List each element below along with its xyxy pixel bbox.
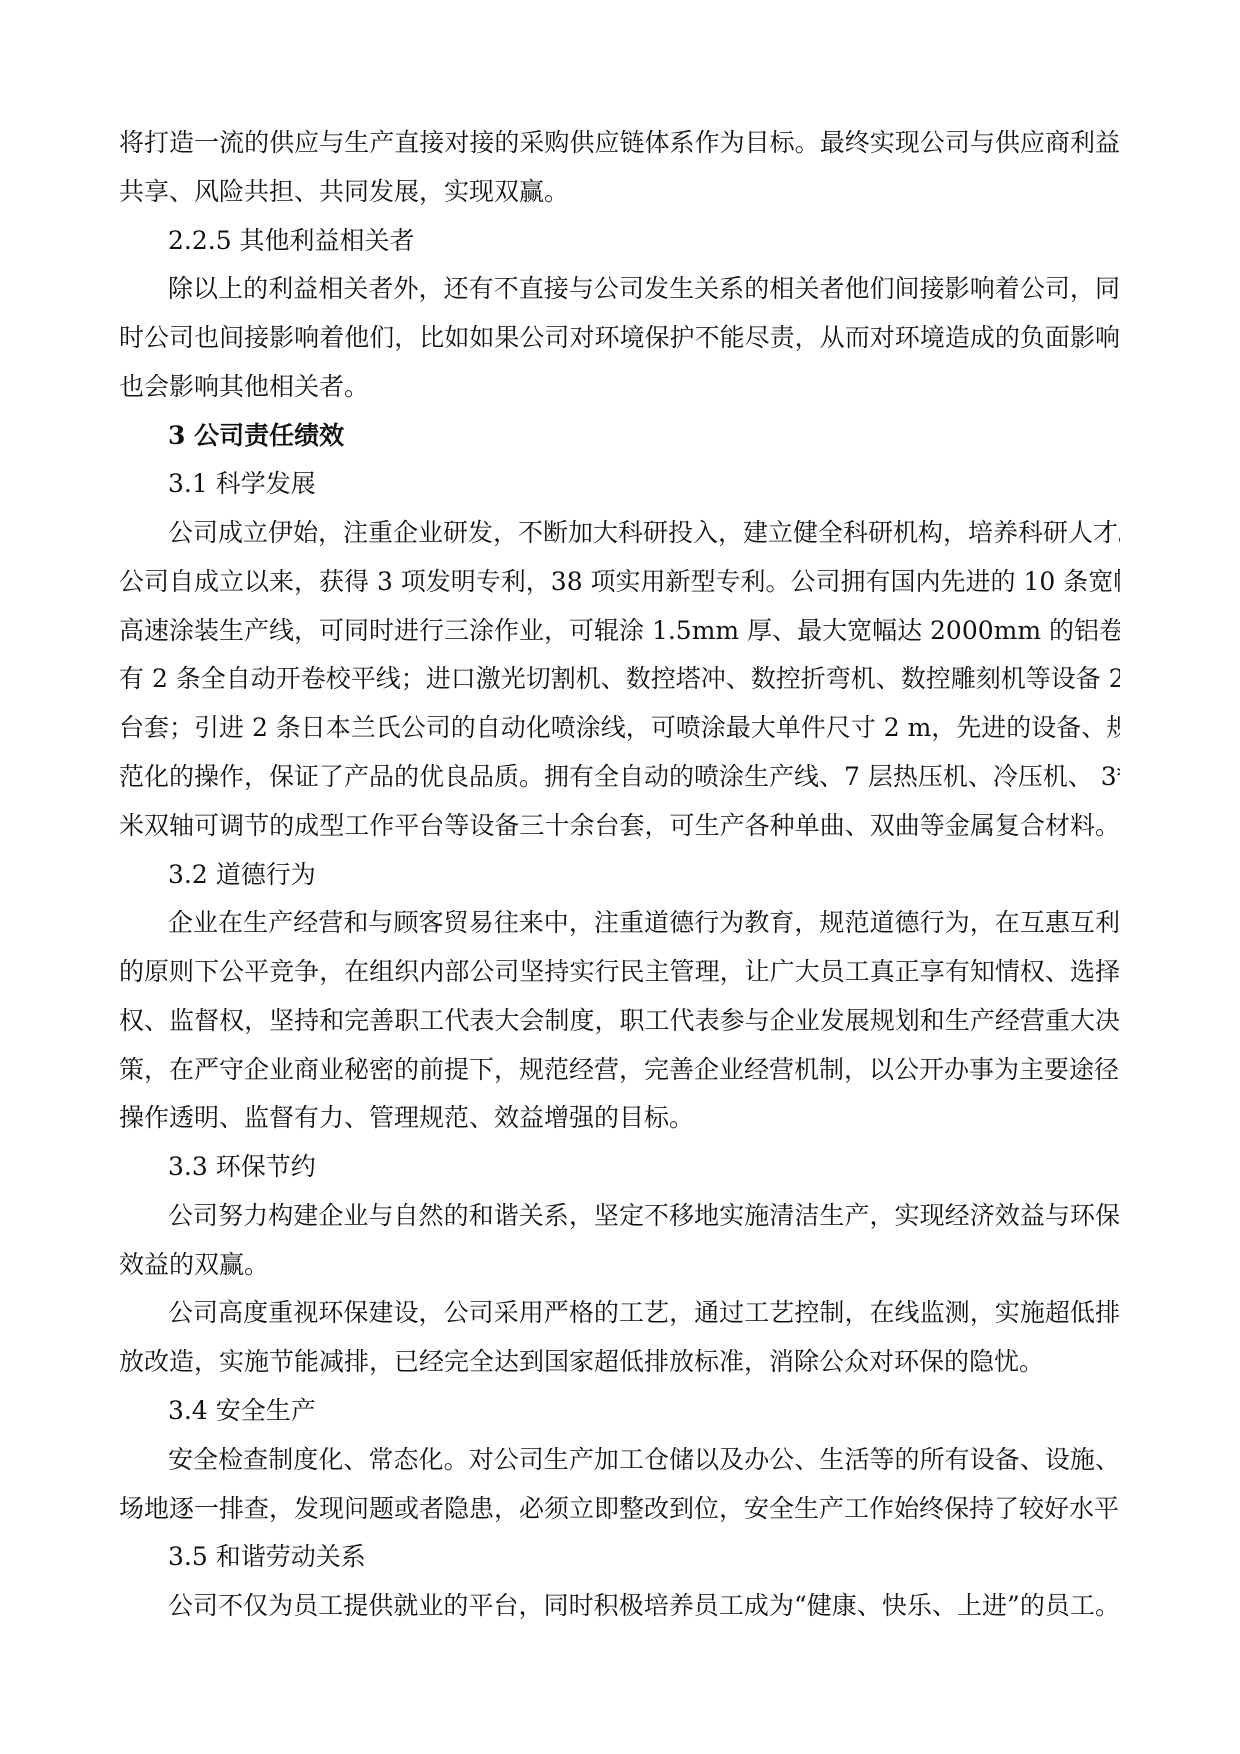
section-heading: 3 公司责任绩效	[119, 419, 1120, 453]
paragraph-line: 放改造，实施节能减排，已经完全达到国家超低排放标准，消除公众对环保的隐忧。	[119, 1345, 1120, 1379]
paragraph-line: 操作透明、监督有力、管理规范、效益增强的目标。	[119, 1101, 1120, 1135]
paragraph-line: 公司努力构建企业与自然的和谐关系，坚定不移地实施清洁生产，实现经济效益与环保	[119, 1199, 1120, 1233]
paragraph-line: 也会影响其他相关者。	[119, 370, 1120, 404]
paragraph-line: 公司成立伊始，注重企业研发，不断加大科研投入，建立健全科研机构，培养科研人才。	[119, 516, 1120, 550]
paragraph-line: 公司不仅为员工提供就业的平台，同时积极培养员工成为“健康、快乐、上进”的员工。	[119, 1589, 1120, 1623]
subsection-heading: 3.3 环保节约	[119, 1150, 1120, 1184]
subsection-heading: 3.2 道德行为	[119, 858, 1120, 892]
subsection-heading: 3.1 科学发展	[119, 467, 1120, 501]
paragraph-line: 场地逐一排查，发现问题或者隐患，必须立即整改到位，安全生产工作始终保持了较好水平…	[119, 1492, 1120, 1526]
paragraph-line: 除以上的利益相关者外，还有不直接与公司发生关系的相关者他们间接影响着公司，同	[119, 272, 1120, 306]
document-page: 将打造一流的供应与生产直接对接的采购供应链体系作为目标。最终实现公司与供应商利益…	[0, 0, 1240, 1754]
paragraph-line: 的原则下公平竞争，在组织内部公司坚持实行民主管理，让广大员工真正享有知情权、选择	[119, 955, 1120, 989]
paragraph-line: 高速涂装生产线，可同时进行三涂作业，可辊涂 1.5mm 厚、最大宽幅达 2000…	[119, 614, 1120, 648]
paragraph-line: 效益的双赢。	[119, 1248, 1120, 1282]
paragraph-line: 共享、风险共担、共同发展，实现双赢。	[119, 175, 1120, 209]
paragraph-line: 公司高度重视环保建设，公司采用严格的工艺，通过工艺控制，在线监测，实施超低排	[119, 1296, 1120, 1330]
paragraph-line: 有 2 条全自动开卷校平线；进口激光切割机、数控塔冲、数控折弯机、数控雕刻机等设…	[119, 662, 1120, 696]
paragraph-line: 策，在严守企业商业秘密的前提下，规范经营，完善企业经营机制，以公开办事为主要途径…	[119, 1053, 1120, 1087]
subsection-heading: 3.4 安全生产	[119, 1394, 1120, 1428]
subsection-heading: 2.2.5 其他利益相关者	[119, 224, 1120, 258]
paragraph-line: 将打造一流的供应与生产直接对接的采购供应链体系作为目标。最终实现公司与供应商利益	[119, 126, 1120, 160]
subsection-heading: 3.5 和谐劳动关系	[119, 1540, 1120, 1574]
paragraph-line: 范化的操作，保证了产品的优良品质。拥有全自动的喷涂生产线、7 层热压机、冷压机、…	[119, 760, 1120, 794]
paragraph-line: 公司自成立以来，获得 3 项发明专利，38 项实用新型专利。公司拥有国内先进的 …	[119, 565, 1120, 599]
paragraph-line: 权、监督权，坚持和完善职工代表大会制度，职工代表参与企业发展规划和生产经营重大决	[119, 1004, 1120, 1038]
paragraph-line: 企业在生产经营和与顾客贸易往来中，注重道德行为教育，规范道德行为，在互惠互利	[119, 906, 1120, 940]
paragraph-line: 米双轴可调节的成型工作平台等设备三十余台套，可生产各种单曲、双曲等金属复合材料。	[119, 809, 1120, 843]
paragraph-line: 台套；引进 2 条日本兰氏公司的自动化喷涂线，可喷涂最大单件尺寸 2 m，先进的…	[119, 711, 1120, 745]
paragraph-line: 安全检查制度化、常态化。对公司生产加工仓储以及办公、生活等的所有设备、设施、	[119, 1443, 1120, 1477]
paragraph-line: 时公司也间接影响着他们，比如如果公司对环境保护不能尽责，从而对环境造成的负面影响	[119, 321, 1120, 355]
